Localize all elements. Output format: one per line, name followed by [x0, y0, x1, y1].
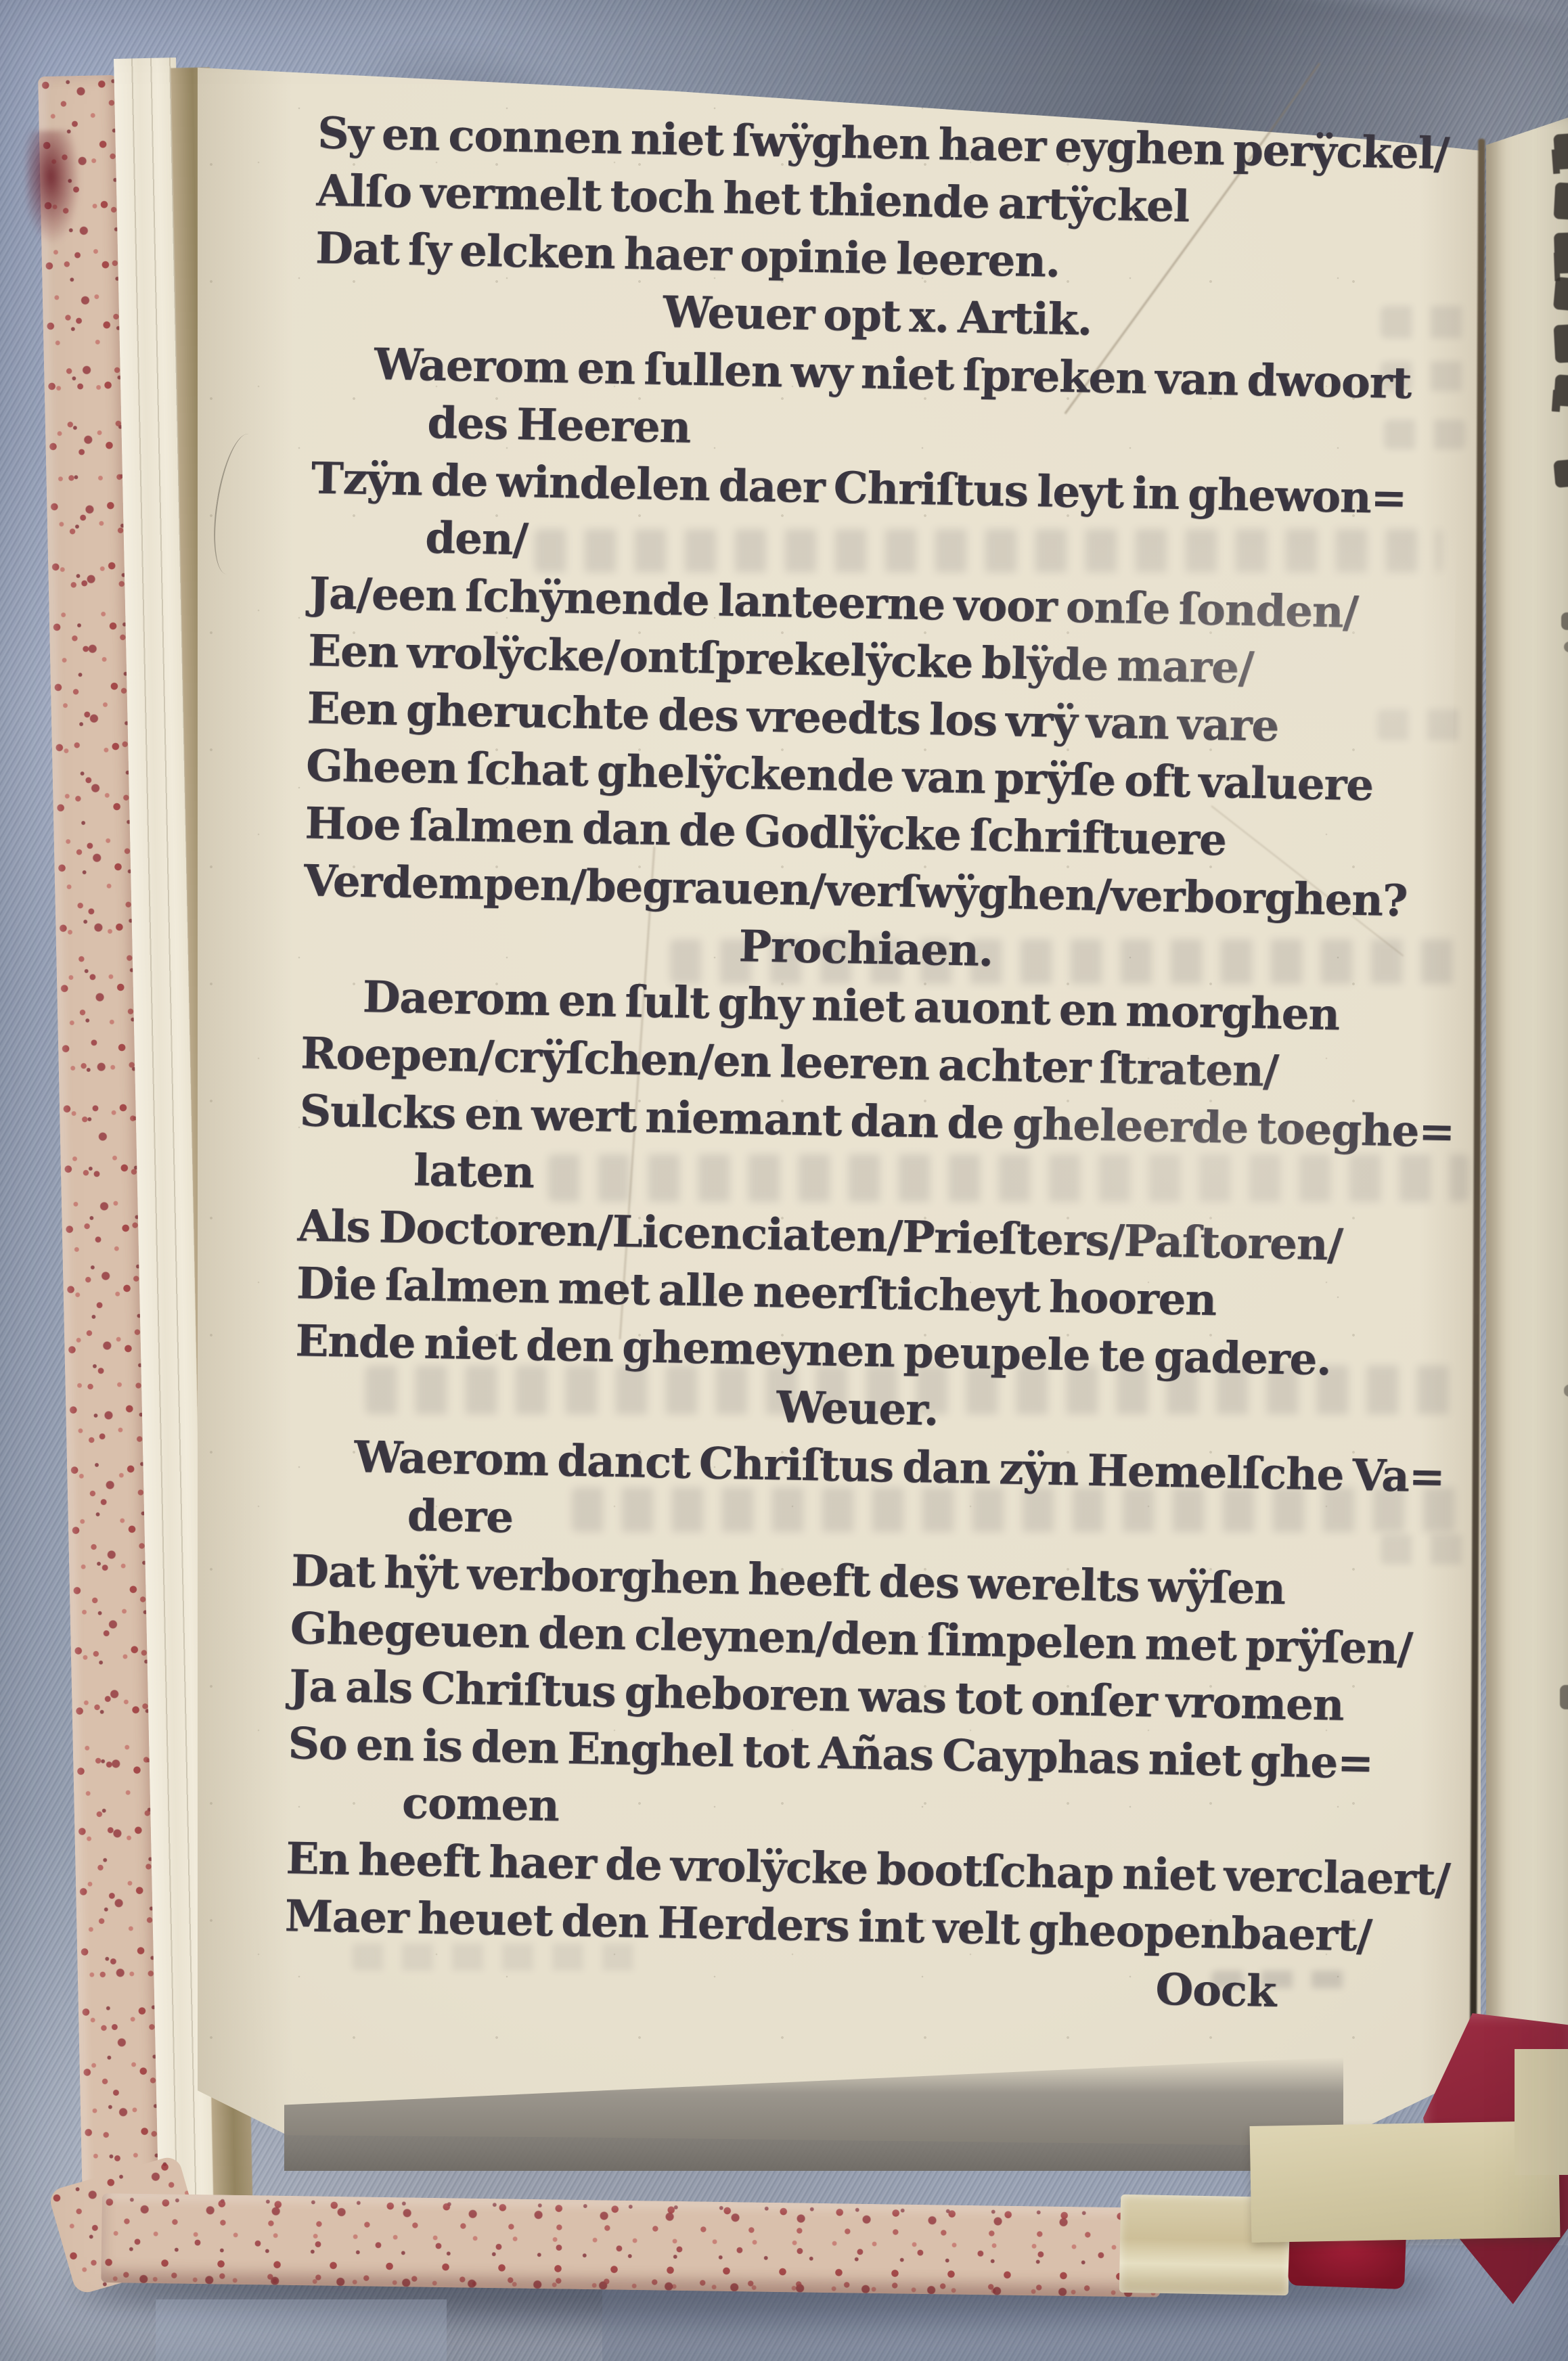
partial-letter-fragment	[1560, 1685, 1568, 1709]
partial-letter-fragment	[1554, 182, 1568, 219]
printed-text-block: Sy en connen niet ſwÿghen haer eyghen pe…	[263, 104, 1464, 2023]
partial-letter-fragment	[1561, 612, 1568, 630]
partial-letter-fragment	[1564, 1385, 1568, 1397]
right-page-sliver	[1486, 114, 1568, 2076]
partial-letter-fragment	[1553, 374, 1568, 407]
beige-tape-piece	[1250, 2121, 1561, 2243]
partial-letter-fragment	[1554, 233, 1568, 274]
fabric-patch	[156, 2299, 447, 2361]
partial-letter-fragment	[1553, 133, 1568, 170]
marbled-cover-edge-bottom	[101, 2193, 1161, 2297]
beige-tape-piece-small	[1515, 2049, 1568, 2175]
partial-letter-fragment	[1553, 459, 1568, 488]
partial-letter-fragment	[1553, 277, 1568, 311]
book-photo-scene: Sy en connen niet ſwÿghen haer eyghen pe…	[0, 0, 1568, 2361]
partial-letter-fragment	[1554, 324, 1568, 363]
partial-letter-fragment	[1564, 642, 1568, 652]
